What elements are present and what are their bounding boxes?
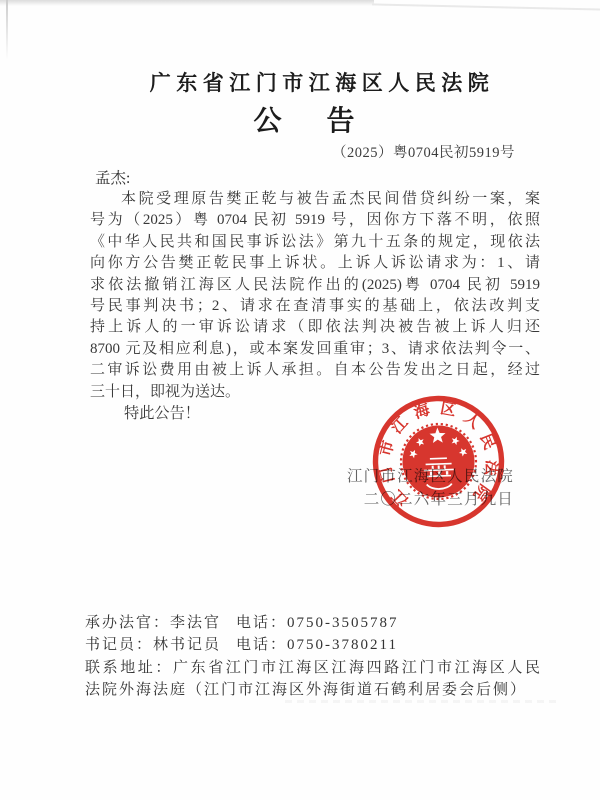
case-number: （2025）粤0704民初5919号 [332, 141, 515, 162]
announcement-title: 公告 [253, 106, 399, 137]
national-emblem-icon [400, 423, 478, 501]
scan-artifact-diagonal [372, 3, 600, 10]
address-label: 联系地址： [85, 660, 173, 676]
court-announcement-page: 广东省江门市江海区人民法院 公告 （2025）粤0704民初5919号 孟杰: … [0, 0, 600, 800]
clerk-name: 林书记员 [153, 637, 221, 653]
body-line: 持上诉人的一审诉讼请求（即依法判决被告被上诉人归还 [90, 317, 540, 338]
body-line: 本院受理原告樊正乾与被告孟杰民间借贷纠纷一案，案 [90, 189, 540, 210]
clerk-phone: 0750-3780211 [287, 637, 398, 653]
clerk-label: 书记员： [85, 637, 153, 653]
contact-info-block: 承办法官：李法官电话：0750-3505787 书记员：林书记员电话：0750-… [85, 612, 542, 702]
announcement-title-row: 公告 [4, 99, 600, 139]
judge-row: 承办法官：李法官电话：0750-3505787 [85, 612, 542, 634]
announcement-body: 本院受理原告樊正乾与被告孟杰民间借贷纠纷一案，案 号为（2025）粤 0704 … [90, 189, 540, 424]
address-row: 联系地址：广东省江门市江海区江海四路江门市江海区人民法院外海法庭（江门市江海区外… [85, 657, 542, 702]
scan-artifact-top [0, 0, 374, 6]
body-line: 二审诉讼费用由被上诉人承担。自本公告发出之日起，经过 [90, 360, 540, 381]
clerk-phone-label: 电话： [236, 637, 287, 653]
judge-phone: 0750-3505787 [287, 615, 399, 631]
body-line: 8700 元及相应利息)，或本案发回重审；3、请求依法判令一、 [90, 339, 540, 360]
scan-artifact-left [6, 0, 8, 60]
judge-phone-label: 电话： [236, 615, 287, 631]
recipient-name: 孟杰: [95, 166, 130, 188]
court-name-heading: 广东省江门市江海区人民法院 [22, 67, 600, 97]
judge-label: 承办法官： [85, 615, 170, 631]
clerk-row: 书记员：林书记员电话：0750-3780211 [85, 634, 542, 656]
official-court-seal-icon: 江门市江海区人民法院 [370, 393, 508, 531]
body-line: 向你方公告樊正乾民事上诉状。上诉人诉讼请求为：1、请 [90, 253, 540, 274]
body-line: 号为（2025）粤 0704 民初 5919 号，因你方下落不明，依照 [90, 210, 540, 231]
body-line: 号民事判决书；2、请求在查清事实的基础上，依法改判支 [90, 296, 540, 317]
judge-name: 李法官 [170, 615, 221, 631]
body-line: 求依法撤销江海区人民法院作出的(2025)粤 0704 民初 5919 [90, 275, 540, 296]
body-line: 《中华人民共和国民事诉讼法》第九十五条的规定，现依法 [90, 232, 540, 253]
